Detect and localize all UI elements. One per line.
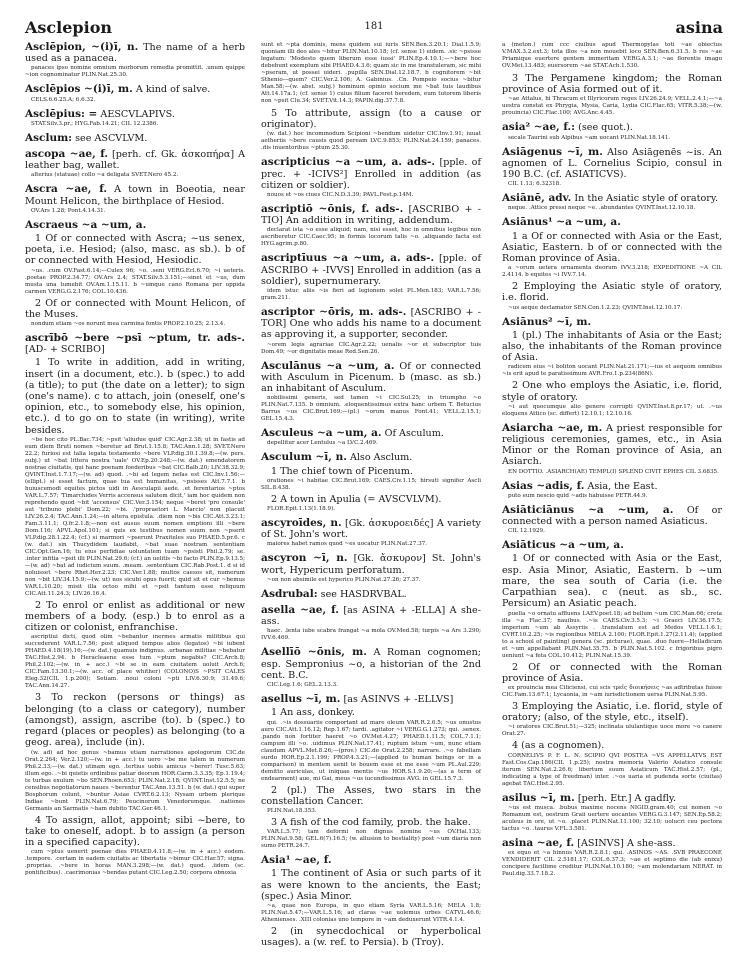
citations: ex equo et ~a hinnus VAR.R.2.8.1; qui. .… — [502, 850, 722, 878]
sense-definition: 1 The continent of Asia or such parts of… — [261, 868, 481, 902]
headword: Asculum ~ī, n. — [261, 451, 347, 463]
sense-citations: orationes ~i habitae CIC.Brut.169; CAES.… — [261, 478, 481, 492]
sense-definition: 3 The Pergamene kingdom; the Roman provi… — [502, 73, 722, 95]
citations: ~orem legis agrariae CIC.Agr.2.22; uenal… — [261, 342, 481, 356]
dictionary-entry: Asiānus¹ ~a ~um, a. 1 a Of or connected … — [502, 217, 722, 311]
dictionary-entry: Asculeus ~a ~um, a. Of Asculum.depellitu… — [261, 428, 481, 447]
dictionary-entry: 5 To attribute, assign (to a cause or or… — [261, 108, 481, 152]
running-head-last-word: asina — [676, 18, 723, 37]
headword: Asiānus¹ ~a ~um, a. — [502, 216, 621, 228]
entry-heading-line: ascopa ~ae, f. [perh. cf. Gk. ἀσκοπήρα] … — [25, 149, 245, 171]
headword: ascriptor ~ōris, m. ads-. — [261, 306, 406, 318]
sense-definition: 1 Of or connected with Ascra; ~us senex,… — [25, 233, 245, 267]
sense-definition: 4 To assign, allot, appoint; sibi ~bere,… — [25, 815, 245, 849]
definition: Asia, the East. — [587, 481, 657, 492]
dictionary-entry: Asclēpion, ~(i)ī, n. The name of a herb … — [25, 42, 245, 79]
dictionary-entry: Asclēpios ~(i)ī, m. A kind of salve.CELS… — [25, 84, 245, 103]
citations: nouos et ~os ciues CIC.N.D.3.39; PAVL.Fe… — [261, 192, 481, 199]
citations: nobilissimi generis, sed tamen ~i CIC.Su… — [261, 395, 481, 423]
dictionary-entry: Asiānē, adv. In the Asiatic style of ora… — [502, 193, 722, 212]
sense-citations: puella ~o ornatu affluens LAEV.poet.18; … — [502, 611, 722, 660]
citations: neque. .Attice pressi neque ~e. .abundan… — [502, 205, 722, 212]
dictionary-entry: asia² ~ae, f.: (see quot.).secale Taurin… — [502, 122, 722, 141]
dictionary-entry: Asdrubal: see HASDRVBAL. — [261, 589, 481, 600]
entry-heading-line: Asia¹ ~ae, f. — [261, 855, 481, 866]
headword: Asdrubal: — [261, 588, 318, 600]
sense-citations: FLOR.Epit.1.13(1.18.9). — [261, 506, 481, 513]
sense-citations: PLIN.Nat.18.353. — [261, 808, 481, 815]
column-1: Asclēpion, ~(i)ī, n. The name of a herb … — [25, 42, 245, 882]
sense-citations: (w. dat.) hoc incommodum Scipioni ~bendu… — [261, 131, 481, 152]
dictionary-entry: Ascra ~ae, f. A town in Boeotia, near Mo… — [25, 184, 245, 214]
definition: In the Asiatic style of oratory. — [574, 193, 718, 204]
entry-heading-line: Asiānus¹ ~a ~um, a. — [502, 217, 722, 228]
entry-heading-line: ascyron ~ī, n. [Gk. ἄσκυρον] St. John's … — [261, 553, 481, 575]
headword: Asclēpios ~(i)ī, m. — [25, 83, 133, 95]
definition: see HASDRVBAL. — [321, 589, 407, 600]
sense-definition: 2 Of or connected with Mount Helicon, of… — [25, 298, 245, 320]
dictionary-entry: Asiāticiānus ~a ~um, a. Of or connected … — [502, 505, 722, 535]
sense-citations: nondum etiam ~os norunt mea carmina font… — [25, 321, 245, 328]
entry-heading-line: asellus ~ī, m. [as ASINVS + -ELLVS] — [261, 694, 481, 705]
entry-heading-line: Asiānē, adv. In the Asiatic style of ora… — [502, 193, 722, 204]
sense-citations: ascriptiui dicti, quod olim ~bebantur in… — [25, 634, 245, 690]
entry-heading-line: Asias ~adis, f. Asia, the East. — [502, 481, 722, 492]
headword: Ascraeus ~a ~um, a. — [25, 219, 146, 231]
headword: Asiarcha ~ae, m. — [502, 422, 602, 434]
headword: ascrībō ~bere ~psī ~ptum, tr. ads-. — [25, 332, 245, 344]
dictionary-entry: asilus ~ī, m. [perh. Etr.] A gadfly.~us … — [502, 793, 722, 833]
entry-heading-line: Asculeus ~a ~um, a. Of Asculum. — [261, 428, 481, 439]
page-number: 181 — [25, 21, 723, 32]
entry-heading-line: ascriptor ~ōris, m. ads-. [ASCRIBO + -TO… — [261, 307, 481, 341]
headword: Asellīō ~ōnis, m. — [261, 646, 367, 658]
entry-heading-line: Ascra ~ae, f. A town in Boeotia, near Mo… — [25, 184, 245, 206]
entry-heading-line: Asiāticus ~a ~um, a. — [502, 540, 722, 551]
headword: ascripticius ~a ~um, a. ads-. — [261, 156, 435, 168]
definition: Also Asclum. — [350, 452, 412, 463]
citations: secale Taurini sub Alpibus ~am uocant PL… — [502, 135, 722, 142]
entry-heading-line: Asellīō ~ōnis, m. A Roman cognomen; esp.… — [261, 647, 481, 681]
sense-definition: 3 Employing the Asiatic, i.e. florid, st… — [502, 701, 722, 723]
citations: ~on non absimile est hyperico PLIN.Nat.2… — [261, 577, 481, 584]
sense-definition: 2 (pl.) The Asses, two stars in the cons… — [261, 785, 481, 807]
sense-citations: CORNELIVS P. F. L. N. SCIPIO QVI POSTEA … — [502, 753, 722, 788]
headword: Asiāticus ~a ~um, a. — [502, 539, 624, 551]
citations: alterius (statuae) collo ~a deligata SVE… — [25, 172, 245, 179]
dictionary-entry: Asiarcha ~ae, m. A priest responsible fo… — [502, 423, 722, 476]
entry-heading-line: asina ~ae, f. [ASINVS] A she-ass. — [502, 838, 722, 849]
sense-citations: ~ae Attalus, hi Thracum et Illyricorum r… — [502, 96, 722, 117]
entry-heading-line: Asclum: see ASCVLVM. — [25, 133, 245, 144]
citations: maiores habet ramos quod ~es uocatur PLI… — [261, 541, 481, 548]
sense-citations: ~us aeque declamator SEN.Con.1.2.23; QVI… — [502, 305, 722, 312]
entry-heading-line: ascriptiō ~ōnis, f. ads-. [ASCRIBO + -TI… — [261, 204, 481, 226]
dictionary-entry: ascyroīdes, n. [Gk. ἀσκυροειδές] A varie… — [261, 518, 481, 548]
headword: asella ~ae, f. — [261, 604, 339, 616]
citations: puto eum nescio quid ~adis habuisse PETR… — [502, 493, 722, 500]
dictionary-entry: asella ~ae, f. [as ASINA + -ELLA] A she-… — [261, 605, 481, 642]
sense-definition: 1 a Of or connected with Asia or the Eas… — [502, 231, 722, 265]
entry-heading-line: ascripticius ~a ~um, a. ads-. [pple. of … — [261, 157, 481, 191]
citations: idem istuc aliis ~is fieri ad legionem s… — [261, 288, 481, 302]
headword: Asias ~adis, f. — [502, 480, 584, 492]
entry-heading-line: Asiānus² ~ī, m. — [502, 317, 722, 328]
sense-definition: 1 Of or connected with Asia or the East,… — [502, 553, 722, 609]
definition: Of Asculum. — [385, 428, 444, 439]
dictionary-entry: ascriptīuus ~a ~um, a. ads-. [pple. of A… — [261, 253, 481, 302]
dictionary-entry: asina ~ae, f. [ASINVS] A she-ass.ex equo… — [502, 838, 722, 878]
entry-heading-line: Asclēpion, ~(i)ī, n. The name of a herb … — [25, 42, 245, 64]
headword: Asclum: — [25, 132, 72, 144]
dictionary-entry: ascrībō ~bere ~psī ~ptum, tr. ads-. [AD-… — [25, 333, 245, 877]
dictionary-entry: ascyron ~ī, n. [Gk. ἄσκυρον] St. John's … — [261, 553, 481, 583]
running-head: Asclepion 181 asina — [25, 18, 723, 40]
sense-definition: 2 One who employs the Asiatic, i.e. flor… — [502, 380, 722, 402]
sense-citations: ex prouincia mea Ciliciensi, cui scis τρ… — [502, 685, 722, 699]
citations: declarat ista ~o esse aliquid; nam, nisi… — [261, 227, 481, 248]
sense-definition: 2 Employing the Asiatic style of oratory… — [502, 281, 722, 303]
dictionary-entry: Asiānus² ~ī, m. 1 (pl.) The inhabitants … — [502, 317, 722, 418]
entry-heading-line: Asculānus ~a ~um, a. Of or connected wit… — [261, 361, 481, 395]
sense-citations: a ~orum uetera ornamenta deorum IVV.3.21… — [502, 265, 722, 279]
sense-citations: ~a, quae non Europa, in quo etiam Syria … — [261, 903, 481, 924]
sense-definition: 1 The chief town of Picenum. — [261, 466, 481, 477]
headword: Asia¹ ~ae, f. — [261, 854, 332, 866]
definition: [ASINVS] A she-ass. — [577, 838, 675, 849]
sense-citations: ~i aut quocumque alio genere corrupti QV… — [502, 404, 722, 418]
headword: Asiāticiānus ~a ~um, a. — [502, 504, 673, 516]
definition: A kind of salve. — [136, 84, 210, 95]
sense-citations: radicem eius ~i boliton uocant PLIN.Nat.… — [502, 364, 722, 378]
citations: ~us est musca. .bubus maxime nocens NIGI… — [502, 805, 722, 833]
headword: Ascra ~ae, f. — [25, 183, 107, 195]
column-2: sunt et ~pta dominis, mens quidem sui iu… — [261, 42, 481, 953]
dictionary-entry: Asculum ~ī, n. Also Asclum.1 The chief t… — [261, 452, 481, 513]
headword: ascriptiō ~ōnis, f. ads-. — [261, 203, 403, 215]
entry-heading-line: ascrībō ~bere ~psī ~ptum, tr. ads-. [AD-… — [25, 333, 245, 355]
entry-heading-line: Asiāgenus ~ī, m. Also Asiāgenēs ~is. An … — [502, 147, 722, 181]
dictionary-entry: Asculānus ~a ~um, a. Of or connected wit… — [261, 361, 481, 424]
dictionary-entry: asellus ~ī, m. [as ASINVS + -ELLVS]1 An … — [261, 694, 481, 850]
headword: asia² ~ae, f.: — [502, 121, 575, 133]
headword: ascyroīdes, n. — [261, 517, 342, 529]
dictionary-entry: Asiāgenus ~ī, m. Also Asiāgenēs ~is. An … — [502, 147, 722, 189]
sense-citations: ~us. .cum OV.Fast.6.14;—Culex 96; ~o. .s… — [25, 268, 245, 296]
headword: Asculeus ~a ~um, a. — [261, 427, 382, 439]
sense-definition: 1 (pl.) The inhabitants of Asia or the E… — [502, 330, 722, 364]
entry-heading-line: Asclēpios ~(i)ī, m. A kind of salve. — [25, 84, 245, 95]
citations: haec. .lenta iube scabra frangat ~a mola… — [261, 628, 481, 642]
headword: Asclēpion, ~(i)ī, n. — [25, 41, 138, 53]
continued-citations: a (meton.) cum ccc ciuibus apud Thermopy… — [502, 42, 722, 70]
headword: Asiānē, adv. — [502, 192, 571, 204]
sense-citations: cum ~ptus uenerit poenae dies PHAED.4.11… — [25, 849, 245, 877]
entry-heading-line: asella ~ae, f. [as ASINA + -ELLA] A she-… — [261, 605, 481, 627]
definition: (see quot.). — [578, 122, 633, 133]
sense-definition: 2 To enrol or enlist as additional or ne… — [25, 600, 245, 634]
headword: asilus ~ī, m. — [502, 792, 575, 804]
sense-definition: 5 To attribute, assign (to a cause or or… — [261, 108, 481, 130]
sense-definition: 1 To write in addition, add in writing, … — [25, 357, 245, 435]
entry-heading-line: Asculum ~ī, n. Also Asclum. — [261, 452, 481, 463]
entry-heading-line: ascriptīuus ~a ~um, a. ads-. [pple. of A… — [261, 253, 481, 287]
citations: EN DOTTIO. .ASIARCH(AE) TEMPL(I) SPLEND … — [502, 469, 722, 476]
sense-definition: 2 (in synecdochical or hyperbolical usag… — [261, 926, 481, 948]
sense-definition: 3 A fish of the cod family, prob. the ha… — [261, 817, 481, 828]
sense-definition: 3 To reckon (persons or things) as belon… — [25, 692, 245, 748]
dictionary-entry: ascriptor ~ōris, m. ads-. [ASCRIBO + -TO… — [261, 307, 481, 356]
entry-heading-line: Ascraeus ~a ~um, a. — [25, 220, 245, 231]
citations: panaces ipso nomine omnium morborum reme… — [25, 65, 245, 79]
dictionary-entry: ascripticius ~a ~um, a. ads-. [pple. of … — [261, 157, 481, 199]
citations: CELS.6.6.25.A; 6.6.32. — [25, 97, 245, 104]
dictionary-entry: Asiāticus ~a ~um, a. 1 Of or connected w… — [502, 540, 722, 787]
definition: [perh. Etr.] A gadfly. — [578, 793, 676, 804]
dictionary-entry: Asia¹ ~ae, f. 1 The continent of Asia or… — [261, 855, 481, 948]
headword: ascopa ~ae, f. — [25, 148, 108, 160]
citations: OV.Ars 1.28; Pont.4.14.31. — [25, 208, 245, 215]
definition: AESCVLAPIVS. — [100, 109, 175, 120]
entry-heading-line: Asclēpius: = AESCVLAPIVS. — [25, 109, 245, 120]
dictionary-entry: Ascraeus ~a ~um, a. 1 Of or connected wi… — [25, 220, 245, 328]
sense-definition: 2 A town in Apulia (= AVSCVLVM). — [261, 494, 481, 505]
citations: CIC.Leg.1.6; GEL.2.13.3. — [261, 682, 481, 689]
entry-heading-line: Asiarcha ~ae, m. A priest responsible fo… — [502, 423, 722, 468]
entry-heading-line: asia² ~ae, f.: (see quot.). — [502, 122, 722, 133]
headword: ascyron ~ī, n. — [261, 552, 348, 564]
headword: Asculānus ~a ~um, a. — [261, 360, 395, 372]
definition: [as ASINVS + -ELLVS] — [344, 694, 454, 705]
citations: STAT.Silv.3.pr.; HYG.Fab.14.21; CIL 12.2… — [25, 121, 245, 128]
headword: Asclēpius: = — [25, 108, 97, 120]
sense-citations: VAR.L.5.77; tam deformi non dignus nomin… — [261, 829, 481, 850]
citations: CIL 1.13; 6.32318. — [502, 181, 722, 188]
entry-heading-line: Asiāticiānus ~a ~um, a. Of or connected … — [502, 505, 722, 527]
entry-heading-line: asilus ~ī, m. [perh. Etr.] A gadfly. — [502, 793, 722, 804]
dictionary-entry: ascopa ~ae, f. [perh. cf. Gk. ἀσκοπήρα] … — [25, 149, 245, 179]
citations: CIL 12.1929. — [502, 528, 722, 535]
entry-heading-line: Asdrubal: see HASDRVBAL. — [261, 589, 481, 600]
dictionary-entry: Asias ~adis, f. Asia, the East.puto eum … — [502, 481, 722, 500]
dictionary-entry: Asellīō ~ōnis, m. A Roman cognomen; esp.… — [261, 647, 481, 689]
headword: Asiāgenus ~ī, m. — [502, 146, 603, 158]
dictionary-entry: Asclum: see ASCVLVM. — [25, 133, 245, 144]
sense-definition: 4 (as a cognomen). — [502, 740, 722, 751]
definition: see ASCVLVM. — [75, 133, 147, 144]
headword: ascriptīuus ~a ~um, a. ads-. — [261, 252, 434, 264]
headword: asellus ~ī, m. — [261, 693, 340, 705]
column-3: a (meton.) cum ccc ciuibus apud Thermopy… — [502, 42, 722, 883]
dictionary-entry: Asclēpius: = AESCVLAPIVS.STAT.Silv.3.pr.… — [25, 109, 245, 128]
sense-definition: 2 Of or connected with the Roman provinc… — [502, 662, 722, 684]
sense-citations: ~i oratores CIC.Brut.51;—325; inclinata … — [502, 724, 722, 738]
continued-citations: sunt et ~pta dominis, mens quidem sui iu… — [261, 42, 481, 105]
sense-citations: ~be hoc cito PL.Bac.734; ~psit 'aliudue … — [25, 437, 245, 598]
dictionary-entry: ascriptiō ~ōnis, f. ads-. [ASCRIBO + -TI… — [261, 204, 481, 248]
dictionary-entry: 3 The Pergamene kingdom; the Roman provi… — [502, 73, 722, 117]
definition: [AD- + SCRIBO] — [25, 344, 105, 355]
entry-heading-line: ascyroīdes, n. [Gk. ἀσκυροειδές] A varie… — [261, 518, 481, 540]
citations: depellitur acer Lentulus ~a LVC.2.469. — [261, 440, 481, 447]
sense-citations: qui. .~is dossuariis comportant ad mare … — [261, 720, 481, 783]
headword: asina ~ae, f. — [502, 837, 574, 849]
headword: Asiānus² ~ī, m. — [502, 316, 591, 328]
sense-citations: (w. ad) ad hoc genus ~bamus etiam narrat… — [25, 750, 245, 813]
sense-definition: 1 An ass, donkey. — [261, 707, 481, 718]
